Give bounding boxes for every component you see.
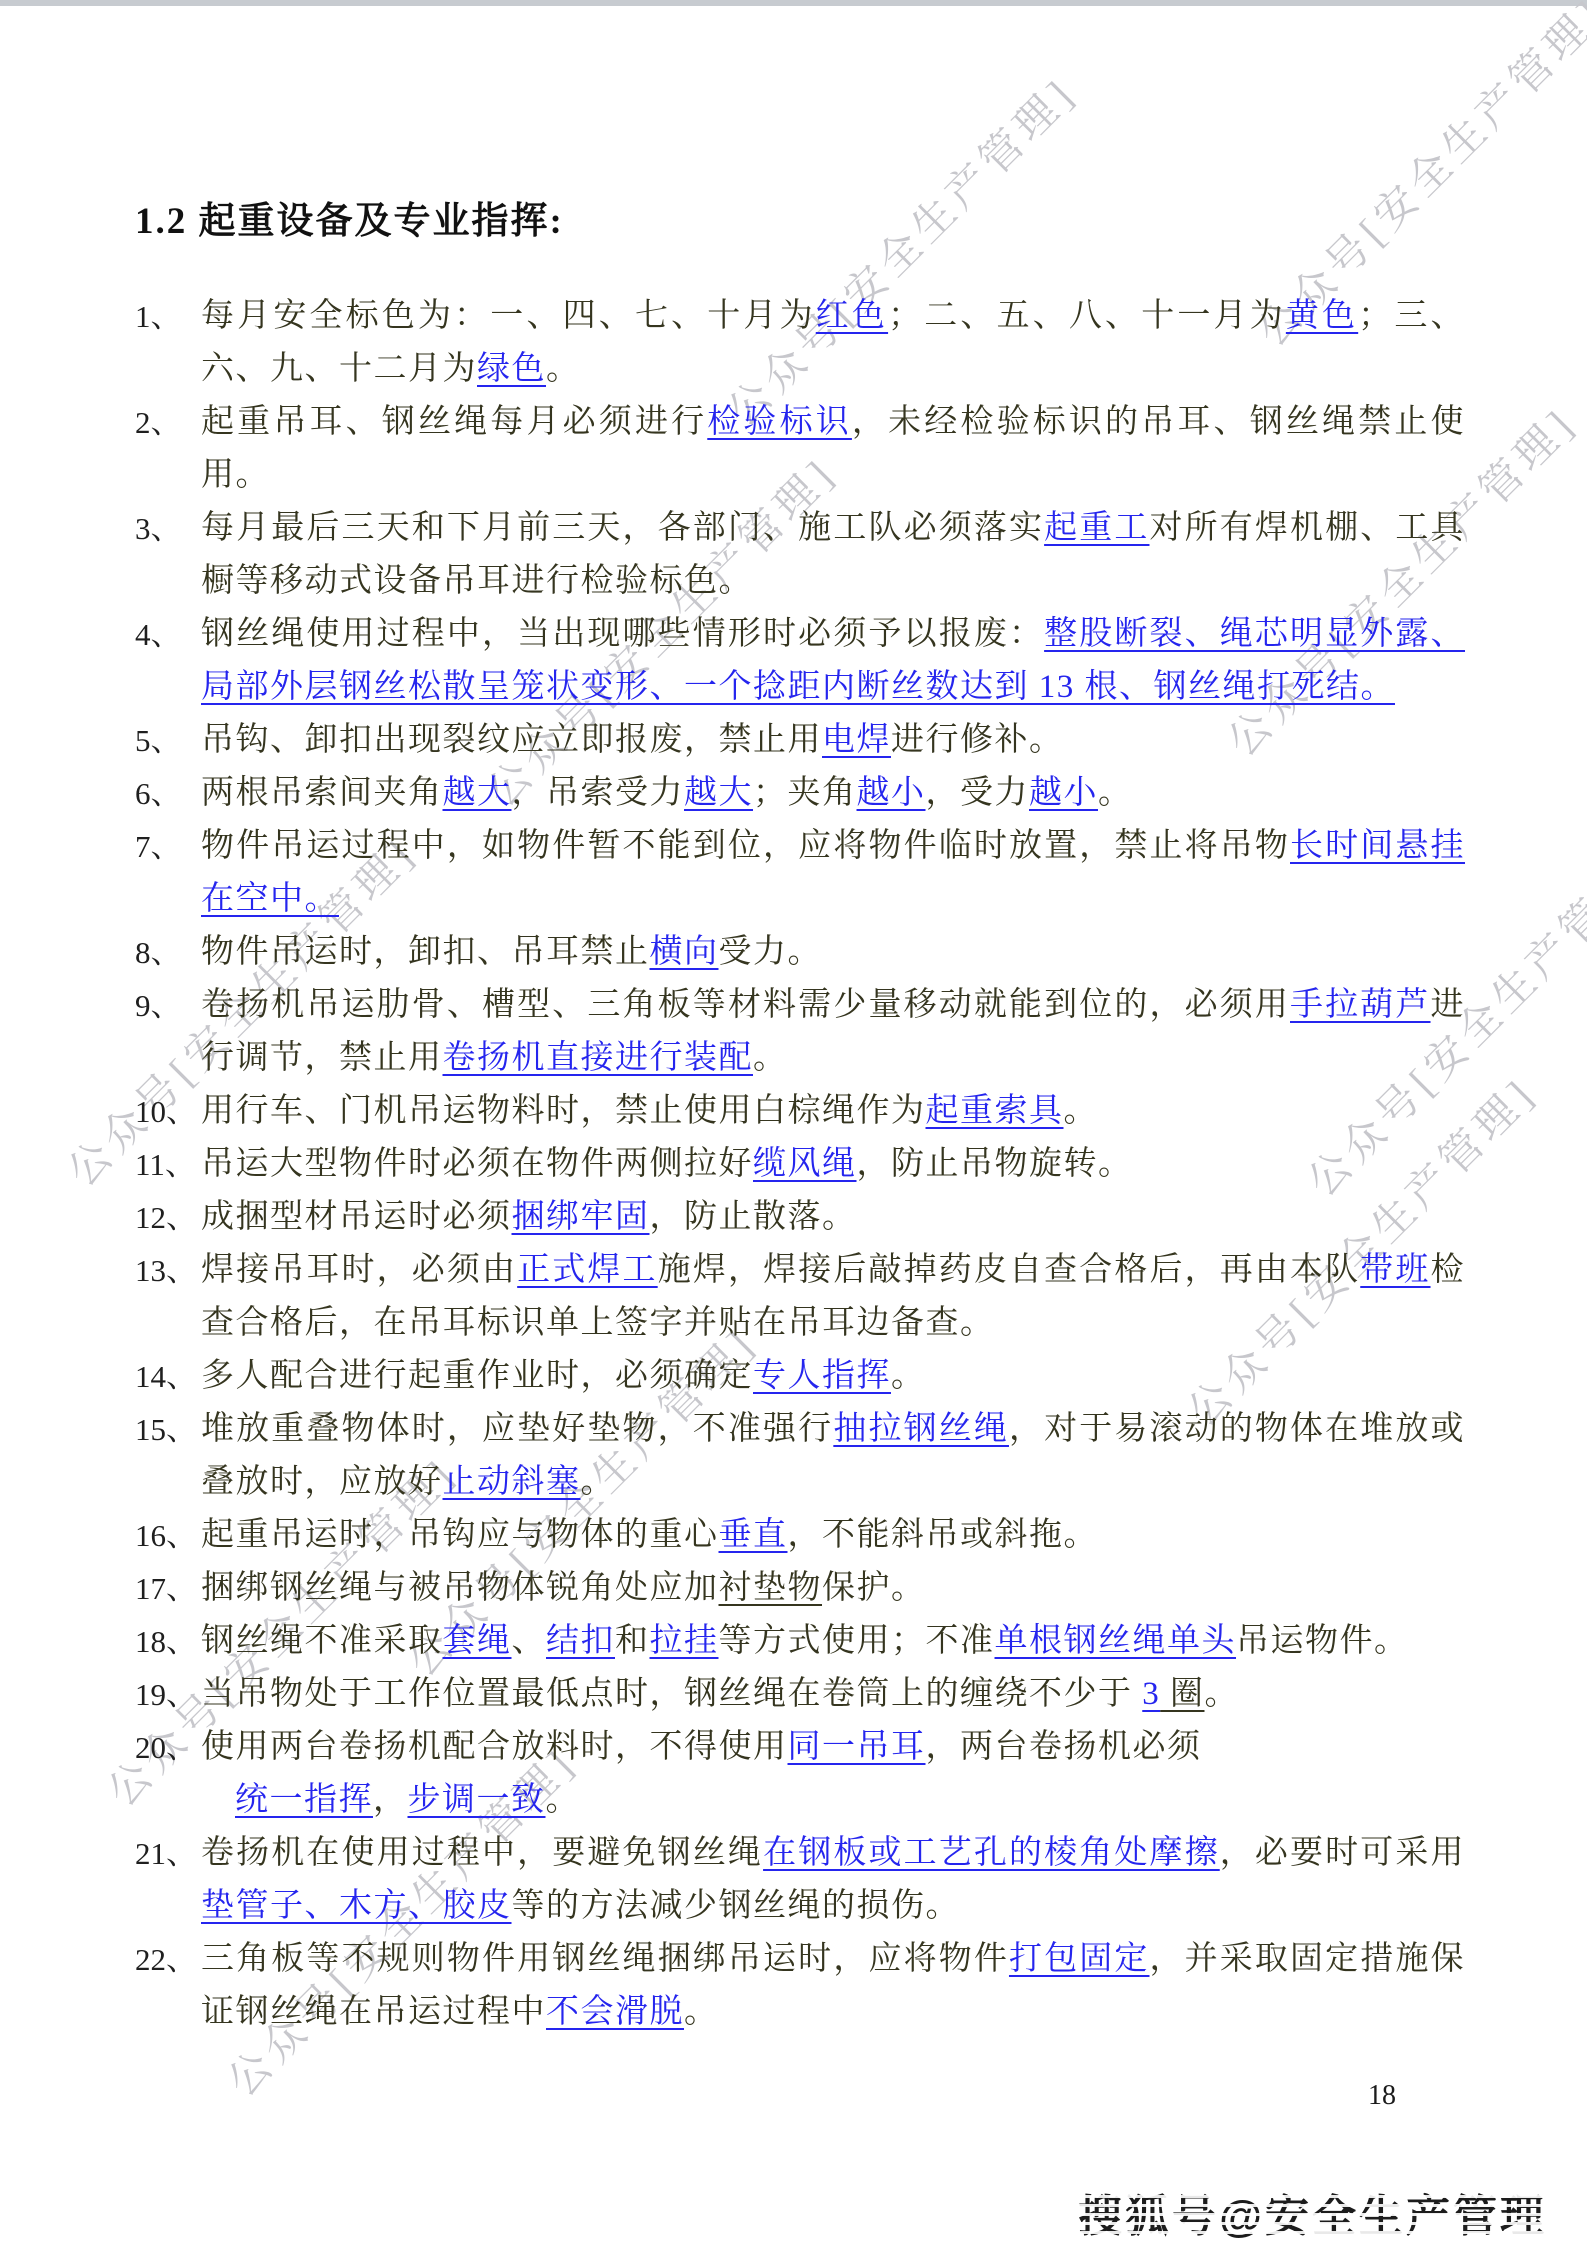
text-segment: ，必要时可采用 bbox=[1220, 1835, 1465, 1871]
text-segment: ，防止散落。 bbox=[650, 1199, 857, 1235]
term-link[interactable]: 起重索具 bbox=[926, 1093, 1064, 1129]
item-text: 捆绑钢丝绳与被吊物体锐角处应加衬垫物保护。 bbox=[201, 1562, 1465, 1615]
term-link[interactable]: 打包固定 bbox=[1009, 1941, 1150, 1977]
item-number: 13、 bbox=[135, 1244, 201, 1350]
term-link[interactable]: 3 bbox=[1142, 1676, 1160, 1712]
text-segment: ；夹角 bbox=[753, 775, 857, 811]
document-page: { "page": { "title": "1.2 起重设备及专业指挥:", "… bbox=[0, 0, 1587, 2245]
item-number: 6、 bbox=[135, 767, 201, 820]
list-item: 10、用行车、门机吊运物料时，禁止使用白棕绳作为起重索具。 bbox=[135, 1085, 1465, 1138]
term-link[interactable]: 止动斜塞 bbox=[443, 1464, 581, 1500]
item-number: 21、 bbox=[135, 1827, 201, 1933]
list-item: 12、成捆型材吊运时必须捆绑牢固，防止散落。 bbox=[135, 1191, 1465, 1244]
item-text: 物件吊运过程中，如物件暂不能到位，应将物件临时放置，禁止将吊物长时间悬挂在空中。 bbox=[201, 820, 1465, 926]
text-segment: 。 bbox=[684, 1994, 719, 2030]
list-item: 16、起重吊运时，吊钩应与物体的重心垂直，不能斜吊或斜拖。 bbox=[135, 1509, 1465, 1562]
list-item: 7、物件吊运过程中，如物件暂不能到位，应将物件临时放置，禁止将吊物长时间悬挂在空… bbox=[135, 820, 1465, 926]
item-text: 物件吊运时，卸扣、吊耳禁止横向受力。 bbox=[201, 926, 1465, 979]
text-segment: 保护。 bbox=[822, 1570, 926, 1606]
underlined-term: 圈 bbox=[1160, 1676, 1204, 1712]
term-link[interactable]: 绿色 bbox=[477, 351, 546, 387]
list-item: 15、堆放重叠物体时，应垫好垫物，不准强行抽拉钢丝绳，对于易滚动的物体在堆放或叠… bbox=[135, 1403, 1465, 1509]
item-number: 11、 bbox=[135, 1138, 201, 1191]
underlined-term: 衬垫物 bbox=[719, 1570, 823, 1606]
term-link[interactable]: 结扣 bbox=[546, 1623, 615, 1659]
item-text: 两根吊索间夹角越大，吊索受力越大；夹角越小，受力越小。 bbox=[201, 767, 1465, 820]
term-link[interactable]: 垂直 bbox=[719, 1517, 788, 1553]
term-link[interactable]: 带班 bbox=[1360, 1252, 1430, 1288]
text-segment: 等的方法减少钢丝绳的损伤。 bbox=[512, 1888, 961, 1924]
text-segment: 和 bbox=[615, 1623, 650, 1659]
term-link[interactable]: 不会滑脱 bbox=[546, 1994, 684, 2030]
term-link[interactable]: 手拉葫芦 bbox=[1290, 987, 1431, 1023]
list-item: 17、捆绑钢丝绳与被吊物体锐角处应加衬垫物保护。 bbox=[135, 1562, 1465, 1615]
text-segment: 施焊，焊接后敲掉药皮自查合格后，再由本队 bbox=[658, 1252, 1361, 1288]
item-text: 当吊物处于工作位置最低点时，钢丝绳在卷筒上的缠绕不少于 3 圈。 bbox=[201, 1668, 1465, 1721]
term-link[interactable]: 越小 bbox=[1029, 775, 1098, 811]
term-link[interactable]: 越小 bbox=[857, 775, 926, 811]
item-number: 22、 bbox=[135, 1933, 201, 2039]
text-segment: ， bbox=[373, 1782, 408, 1818]
item-number: 17、 bbox=[135, 1562, 201, 1615]
text-segment: 。 bbox=[1098, 775, 1133, 811]
item-text: 堆放重叠物体时，应垫好垫物，不准强行抽拉钢丝绳，对于易滚动的物体在堆放或叠放时，… bbox=[201, 1403, 1465, 1509]
text-segment: 卷扬机吊运肋骨、槽型、三角板等材料需少量移动就能到位的，必须用 bbox=[201, 987, 1290, 1023]
term-link[interactable]: 专人指挥 bbox=[753, 1358, 891, 1394]
item-number: 16、 bbox=[135, 1509, 201, 1562]
item-text: 钢丝绳不准采取套绳、结扣和拉挂等方式使用；不准单根钢丝绳单头吊运物件。 bbox=[201, 1615, 1465, 1668]
text-segment: ，不能斜吊或斜拖。 bbox=[788, 1517, 1099, 1553]
list-item: 11、吊运大型物件时必须在物件两侧拉好缆风绳，防止吊物旋转。 bbox=[135, 1138, 1465, 1191]
text-segment: 物件吊运过程中，如物件暂不能到位，应将物件临时放置，禁止将吊物 bbox=[201, 828, 1290, 864]
item-text: 起重吊耳、钢丝绳每月必须进行检验标识，未经检验标识的吊耳、钢丝绳禁止使用。 bbox=[201, 396, 1465, 502]
term-link[interactable]: 缆风绳 bbox=[753, 1146, 857, 1182]
list-item: 9、卷扬机吊运肋骨、槽型、三角板等材料需少量移动就能到位的，必须用手拉葫芦进行调… bbox=[135, 979, 1465, 1085]
item-number: 7、 bbox=[135, 820, 201, 926]
text-segment: 。 bbox=[891, 1358, 926, 1394]
item-text: 每月最后三天和下月前三天，各部门、施工队必须落实起重工对所有焊机棚、工具橱等移动… bbox=[201, 502, 1465, 608]
document-content: 1.2 起重设备及专业指挥: 1、每月安全标色为：一、四、七、十月为红色；二、五… bbox=[0, 0, 1587, 2039]
term-link[interactable]: 红色 bbox=[816, 298, 888, 334]
list-item: 13、焊接吊耳时，必须由正式焊工施焊，焊接后敲掉药皮自查合格后，再由本队带班检查… bbox=[135, 1244, 1465, 1350]
item-number: 12、 bbox=[135, 1191, 201, 1244]
text-segment: ；二、五、八、十一月为 bbox=[888, 298, 1286, 334]
list-item: 4、钢丝绳使用过程中，当出现哪些情形时必须予以报废：整股断裂、绳芯明显外露、局部… bbox=[135, 608, 1465, 714]
term-link[interactable]: 在钢板或工艺孔的棱角处摩擦 bbox=[763, 1835, 1220, 1871]
text-segment: 。 bbox=[546, 1782, 581, 1818]
section-title: 1.2 起重设备及专业指挥: bbox=[135, 190, 1467, 244]
item-number: 3、 bbox=[135, 502, 201, 608]
item-text: 吊运大型物件时必须在物件两侧拉好缆风绳，防止吊物旋转。 bbox=[201, 1138, 1465, 1191]
list-item: 19、当吊物处于工作位置最低点时，钢丝绳在卷筒上的缠绕不少于 3 圈。 bbox=[135, 1668, 1465, 1721]
item-text: 多人配合进行起重作业时，必须确定专人指挥。 bbox=[201, 1350, 1465, 1403]
item-number: 8、 bbox=[135, 926, 201, 979]
text-segment: 吊运物件。 bbox=[1236, 1623, 1409, 1659]
list-item: 2、起重吊耳、钢丝绳每月必须进行检验标识，未经检验标识的吊耳、钢丝绳禁止使用。 bbox=[135, 396, 1465, 502]
text-segment: 钢丝绳使用过程中，当出现哪些情形时必须予以报废： bbox=[201, 616, 1044, 652]
term-link[interactable]: 正式焊工 bbox=[517, 1252, 658, 1288]
item-text: 钢丝绳使用过程中，当出现哪些情形时必须予以报废：整股断裂、绳芯明显外露、局部外层… bbox=[201, 608, 1465, 714]
text-segment: 焊接吊耳时，必须由 bbox=[201, 1252, 517, 1288]
text-segment: 起重吊运时，吊钩应与物体的重心 bbox=[201, 1517, 719, 1553]
text-segment: 、 bbox=[512, 1623, 547, 1659]
text-segment: 吊运大型物件时必须在物件两侧拉好 bbox=[201, 1146, 753, 1182]
item-number: 10、 bbox=[135, 1085, 201, 1138]
brand-watermark: 搜狐号@安全生产管理 bbox=[1078, 2180, 1547, 2244]
list-item: 8、物件吊运时，卸扣、吊耳禁止横向受力。 bbox=[135, 926, 1465, 979]
list-item: 20、使用两台卷扬机配合放料时，不得使用同一吊耳，两台卷扬机必须统一指挥，步调一… bbox=[135, 1721, 1465, 1827]
term-link[interactable]: 越大 bbox=[443, 775, 512, 811]
item-number: 2、 bbox=[135, 396, 201, 502]
term-link[interactable]: 越大 bbox=[684, 775, 753, 811]
term-link[interactable]: 步调一致 bbox=[408, 1782, 546, 1818]
text-segment: 等方式使用；不准 bbox=[719, 1623, 995, 1659]
item-number: 9、 bbox=[135, 979, 201, 1085]
text-segment: ，防止吊物旋转。 bbox=[857, 1146, 1133, 1182]
text-segment: ，吊索受力 bbox=[512, 775, 685, 811]
text-segment: 钢丝绳不准采取 bbox=[201, 1623, 443, 1659]
item-text: 每月安全标色为：一、四、七、十月为红色；二、五、八、十一月为黄色；三、六、九、十… bbox=[201, 290, 1465, 396]
text-segment: ，两台卷扬机必须 bbox=[926, 1729, 1202, 1765]
item-number: 15、 bbox=[135, 1403, 201, 1509]
item-text: 用行车、门机吊运物料时，禁止使用白棕绳作为起重索具。 bbox=[201, 1085, 1465, 1138]
item-number: 5、 bbox=[135, 714, 201, 767]
text-segment: 。 bbox=[753, 1040, 788, 1076]
term-link[interactable]: 单根钢丝绳单头 bbox=[995, 1623, 1237, 1659]
item-text: 使用两台卷扬机配合放料时，不得使用同一吊耳，两台卷扬机必须统一指挥，步调一致。 bbox=[201, 1721, 1465, 1827]
text-segment: 吊钩、卸扣出现裂纹应立即报废，禁止用 bbox=[201, 722, 822, 758]
item-text: 吊钩、卸扣出现裂纹应立即报废，禁止用电焊进行修补。 bbox=[201, 714, 1465, 767]
item-number: 19、 bbox=[135, 1668, 201, 1721]
text-segment: 使用两台卷扬机配合放料时，不得使用 bbox=[201, 1729, 788, 1765]
term-link[interactable]: 横向 bbox=[650, 934, 719, 970]
list-item: 1、每月安全标色为：一、四、七、十月为红色；二、五、八、十一月为黄色；三、六、九… bbox=[135, 290, 1465, 396]
text-segment: 卷扬机在使用过程中，要避免钢丝绳 bbox=[201, 1835, 763, 1871]
list-item: 5、吊钩、卸扣出现裂纹应立即报废，禁止用电焊进行修补。 bbox=[135, 714, 1465, 767]
text-segment: ，受力 bbox=[926, 775, 1030, 811]
text-segment: 受力。 bbox=[719, 934, 823, 970]
text-segment: 每月最后三天和下月前三天，各部门、施工队必须落实 bbox=[201, 510, 1044, 546]
term-link[interactable]: 套绳 bbox=[443, 1623, 512, 1659]
item-number: 1、 bbox=[135, 290, 201, 396]
item-text: 卷扬机吊运肋骨、槽型、三角板等材料需少量移动就能到位的，必须用手拉葫芦进行调节，… bbox=[201, 979, 1465, 1085]
text-segment: 起重吊耳、钢丝绳每月必须进行 bbox=[201, 404, 707, 440]
term-link[interactable]: 起重工 bbox=[1044, 510, 1149, 546]
text-segment: 成捆型材吊运时必须 bbox=[201, 1199, 512, 1235]
text-segment: 物件吊运时，卸扣、吊耳禁止 bbox=[201, 934, 650, 970]
text-segment: 多人配合进行起重作业时，必须确定 bbox=[201, 1358, 753, 1394]
term-link[interactable]: 检验标识 bbox=[707, 404, 852, 440]
text-segment: 进行修补。 bbox=[891, 722, 1064, 758]
term-link[interactable]: 同一吊耳 bbox=[788, 1729, 926, 1765]
text-segment: 堆放重叠物体时，应垫好垫物，不准强行 bbox=[201, 1411, 833, 1447]
list-item: 14、多人配合进行起重作业时，必须确定专人指挥。 bbox=[135, 1350, 1465, 1403]
text-segment: 。 bbox=[581, 1464, 616, 1500]
text-segment: 两根吊索间夹角 bbox=[201, 775, 443, 811]
term-link[interactable]: 统一指挥 bbox=[235, 1782, 373, 1818]
item-number: 18、 bbox=[135, 1615, 201, 1668]
list-item: 21、卷扬机在使用过程中，要避免钢丝绳在钢板或工艺孔的棱角处摩擦，必要时可采用垫… bbox=[135, 1827, 1465, 1933]
item-number: 14、 bbox=[135, 1350, 201, 1403]
list-item: 18、钢丝绳不准采取套绳、结扣和拉挂等方式使用；不准单根钢丝绳单头吊运物件。 bbox=[135, 1615, 1465, 1668]
text-segment: 用行车、门机吊运物料时，禁止使用白棕绳作为 bbox=[201, 1093, 926, 1129]
text-segment: 。 bbox=[1205, 1676, 1240, 1712]
term-link[interactable]: 卷扬机直接进行装配 bbox=[443, 1040, 754, 1076]
item-text: 成捆型材吊运时必须捆绑牢固，防止散落。 bbox=[201, 1191, 1465, 1244]
page-number: 18 bbox=[1368, 2080, 1396, 2112]
item-text: 起重吊运时，吊钩应与物体的重心垂直，不能斜吊或斜拖。 bbox=[201, 1509, 1465, 1562]
list-item: 22、三角板等不规则物件用钢丝绳捆绑吊运时，应将物件打包固定，并采取固定措施保证… bbox=[135, 1933, 1465, 2039]
term-link[interactable]: 垫管子、木方、胶皮 bbox=[201, 1888, 512, 1924]
term-link[interactable]: 电焊 bbox=[822, 722, 891, 758]
item-number: 20、 bbox=[135, 1721, 201, 1827]
term-link[interactable]: 拉挂 bbox=[650, 1623, 719, 1659]
list-item: 6、两根吊索间夹角越大，吊索受力越大；夹角越小，受力越小。 bbox=[135, 767, 1465, 820]
item-text: 焊接吊耳时，必须由正式焊工施焊，焊接后敲掉药皮自查合格后，再由本队带班检查合格后… bbox=[201, 1244, 1465, 1350]
list-item: 3、每月最后三天和下月前三天，各部门、施工队必须落实起重工对所有焊机棚、工具橱等… bbox=[135, 502, 1465, 608]
text-segment: 。 bbox=[546, 351, 581, 387]
term-link[interactable]: 黄色 bbox=[1286, 298, 1358, 334]
item-text: 卷扬机在使用过程中，要避免钢丝绳在钢板或工艺孔的棱角处摩擦，必要时可采用垫管子、… bbox=[201, 1827, 1465, 1933]
term-link[interactable]: 捆绑牢固 bbox=[512, 1199, 650, 1235]
items-list: 1、每月安全标色为：一、四、七、十月为红色；二、五、八、十一月为黄色；三、六、九… bbox=[135, 290, 1465, 2039]
text-segment: 三角板等不规则物件用钢丝绳捆绑吊运时，应将物件 bbox=[201, 1941, 1009, 1977]
term-link[interactable]: 抽拉钢丝绳 bbox=[833, 1411, 1009, 1447]
text-segment: 当吊物处于工作位置最低点时，钢丝绳在卷筒上的缠绕不少于 bbox=[201, 1676, 1142, 1712]
text-segment: 每月安全标色为：一、四、七、十月为 bbox=[201, 298, 816, 334]
item-number: 4、 bbox=[135, 608, 201, 714]
item-text: 三角板等不规则物件用钢丝绳捆绑吊运时，应将物件打包固定，并采取固定措施保证钢丝绳… bbox=[201, 1933, 1465, 2039]
text-segment: 捆绑钢丝绳与被吊物体锐角处应加 bbox=[201, 1570, 719, 1606]
text-segment: 。 bbox=[1064, 1093, 1099, 1129]
